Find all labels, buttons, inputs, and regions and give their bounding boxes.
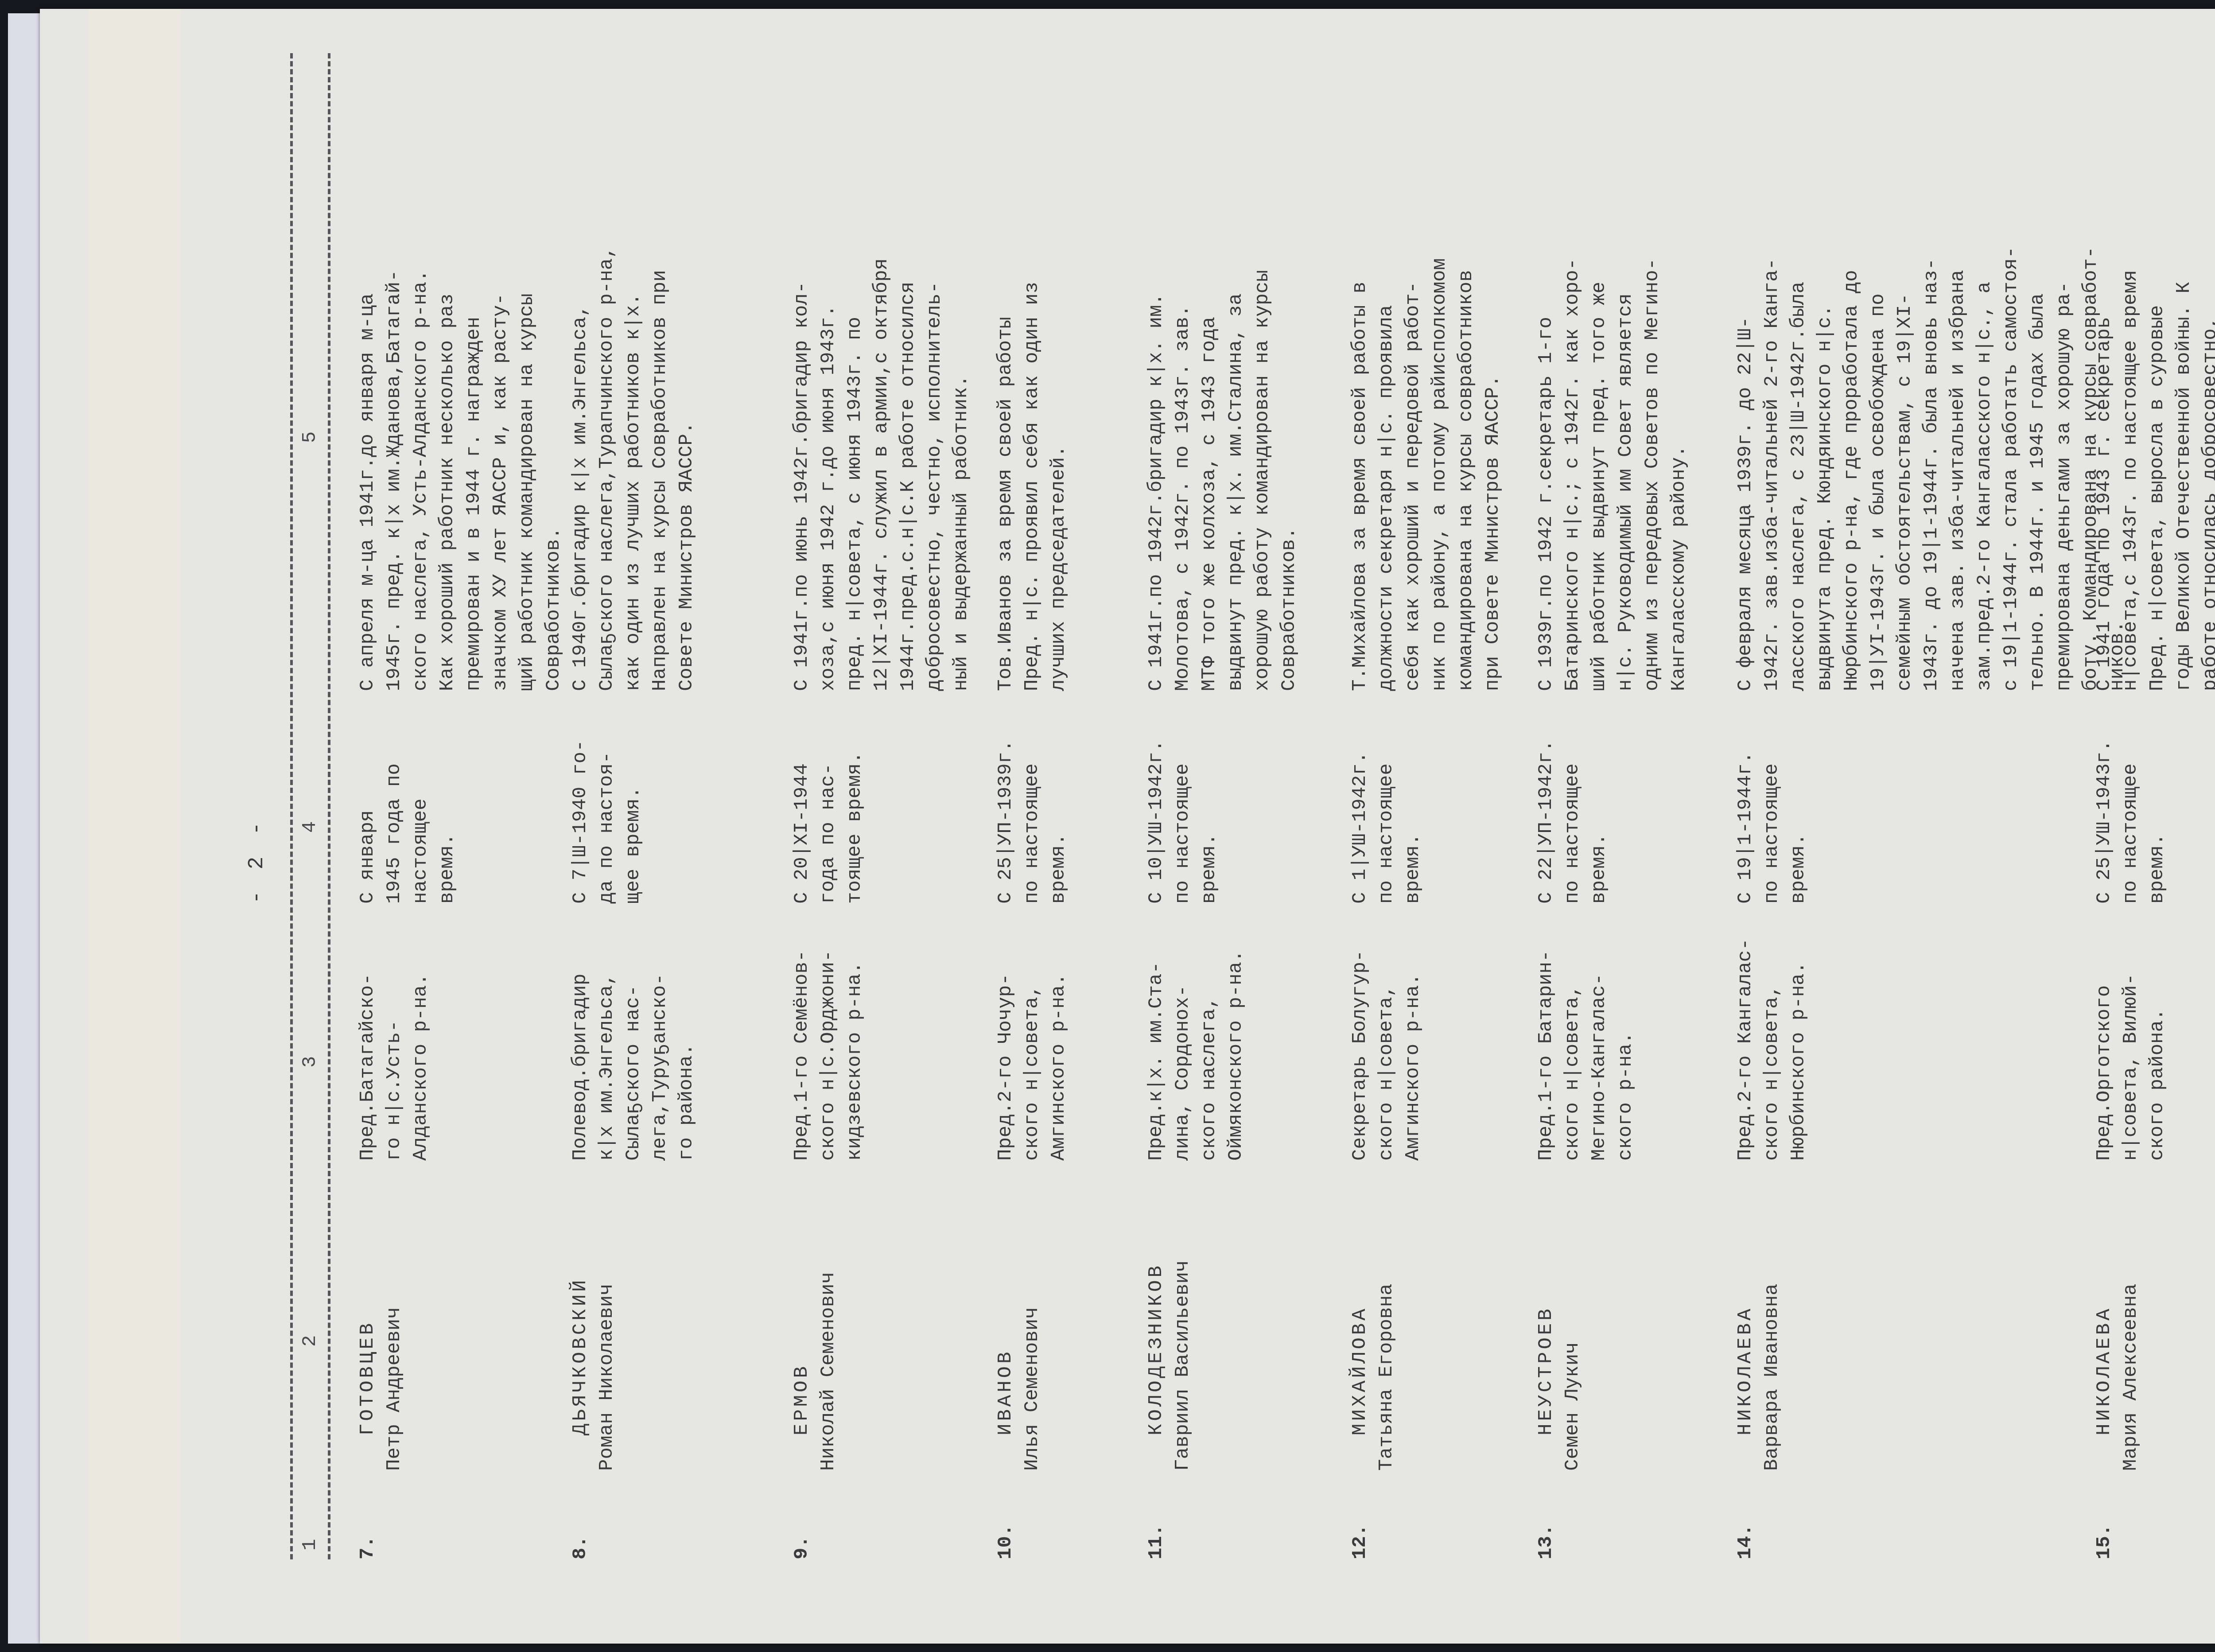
column-header-3: 3 (297, 1056, 323, 1068)
position: Пред.к|х. им.Ста- лина, Сордонох- ского … (1143, 913, 1249, 1161)
row-number: 11. (1143, 1506, 1170, 1559)
person-name: ЕРМОВНиколай Семенович (789, 1196, 842, 1471)
column-header-5: 5 (297, 431, 323, 443)
characterization: С 1939г.по 1942 г.секретарь 1-го Батарин… (1533, 53, 1692, 691)
position: Секретарь Болугур- ского н|совета, Амгин… (1347, 913, 1426, 1161)
row-number: 10. (992, 1506, 1019, 1559)
appointment-date: С 25|УП-1939г. по настоящее время. (992, 709, 1072, 904)
given-names: Мария Алексеевна (2120, 1284, 2142, 1471)
surname: НИКОЛАЕВА (1732, 1196, 1759, 1471)
position: Пред.1-го Батарин- ского н|совета, Мегин… (1533, 913, 1639, 1161)
person-name: НЕУСТРОЕВСемен Лукич (1533, 1196, 1586, 1471)
characterization: С 1941г.по июнь 1942г.бригадир кол- хоза… (789, 53, 975, 691)
characterization: С 1940г.бригадир к|х им.Энгельса, Сылаҕс… (567, 53, 700, 691)
surname: КОЛОДЕЗНИКОВ (1143, 1196, 1170, 1471)
person-name: ДЬЯЧКОВСКИЙРоман Николаевич (567, 1196, 620, 1471)
header-rule-bottom (328, 53, 330, 1559)
characterization: Т.Михайлова за время своей работы в долж… (1347, 53, 1506, 691)
given-names: Петр Андреевич (383, 1307, 405, 1471)
given-names: Семен Лукич (1562, 1342, 1584, 1471)
row-number: 8. (567, 1506, 594, 1559)
position: Пред.1-го Семёнов- ского н|с.Орджони- ки… (789, 913, 868, 1161)
appointment-date: С 22|УП-1942г. по настоящее время. (1533, 709, 1613, 904)
row-number: 12. (1347, 1506, 1373, 1559)
appointment-date: С 7|Ш-1940 го- да по настоя- щее время. (567, 709, 647, 904)
surname: МИХАЙЛОВА (1347, 1196, 1373, 1471)
column-header-1: 1 (297, 1539, 323, 1551)
row-number: 14. (1732, 1506, 1759, 1559)
appointment-date: С 19|1-1944г. по настоящее время. (1732, 709, 1812, 904)
appointment-date: С 25|УШ-1943г. по настоящее время. (2091, 709, 2171, 904)
given-names: Илья Семенович (1021, 1307, 1043, 1471)
person-name: НИКОЛАЕВАВарвара Ивановна (1732, 1196, 1785, 1471)
column-header-4: 4 (297, 821, 323, 833)
given-names: Гавриил Васильевич (1172, 1260, 1194, 1471)
position: Пред.2-го Чочур- ского н|совета, Амгинск… (992, 913, 1072, 1161)
person-name: НИКОЛАЕВАМария Алексеевна (2091, 1196, 2144, 1471)
rotated-page: - 2 - 1 2 3 4 5 7.ГОТОВЦЕВПетр Андреевич… (208, 53, 2215, 1577)
characterization: С 1941 года по 1943 г. секретарь н|совет… (2091, 53, 2215, 691)
characterization: С 1941г.по 1942г.бригадир к|х. им. Молот… (1143, 53, 1302, 691)
row-number: 7. (354, 1506, 381, 1559)
person-name: МИХАЙЛОВАТатьяна Егоровна (1347, 1196, 1400, 1471)
row-number: 15. (2091, 1506, 2118, 1559)
page-label: - 2 - (244, 818, 270, 904)
sheet-binding-margin (89, 9, 182, 1644)
position: Пред.2-го Кангалас- ского н|совета, Нюрб… (1732, 913, 1812, 1161)
position: Полевод.бригадир к|х им.Энгельса, Сылаҕс… (567, 913, 700, 1161)
person-name: КОЛОДЕЗНИКОВГавриил Васильевич (1143, 1196, 1196, 1471)
characterization: С апреля м-ца 1941г.до января м-ца 1945г… (354, 53, 567, 691)
given-names: Варвара Ивановна (1761, 1284, 1783, 1471)
surname: ЕРМОВ (789, 1196, 815, 1471)
person-name: ГОТОВЦЕВПетр Андреевич (354, 1196, 408, 1471)
characterization: Тов.Иванов за время своей работы Пред. н… (992, 53, 1072, 691)
appointment-date: С 10|УШ-1942г. по настоящее время. (1143, 709, 1223, 904)
surname: НЕУСТРОЕВ (1533, 1196, 1559, 1471)
header-rule-top (290, 53, 293, 1559)
given-names: Николай Семенович (817, 1272, 839, 1471)
given-names: Роман Николаевич (596, 1284, 618, 1471)
characterization: С февраля месяца 1939г. до 22|Ш- 1942г. … (1732, 53, 2131, 691)
surname: ДЬЯЧКОВСКИЙ (567, 1196, 594, 1471)
surname: ГОТОВЦЕВ (354, 1196, 381, 1471)
surname: ИВАНОВ (992, 1196, 1019, 1471)
appointment-date: С 20|ХI-1944 года по нас- тоящее время. (789, 709, 868, 904)
column-header-2: 2 (297, 1335, 323, 1347)
position: Пред.Орготского н|совета, Вилюй- ского р… (2091, 913, 2171, 1161)
person-name: ИВАНОВИлья Семенович (992, 1196, 1045, 1471)
row-number: 13. (1533, 1506, 1559, 1559)
appointment-date: С января 1945 года по настоящее время. (354, 709, 461, 904)
row-number: 9. (789, 1506, 815, 1559)
given-names: Татьяна Егоровна (1376, 1284, 1398, 1471)
appointment-date: С 1|УШ-1942г. по настоящее время. (1347, 709, 1426, 904)
position: Пред.Батагайско- го н|с.Усть- Алданского… (354, 913, 434, 1161)
surname: НИКОЛАЕВА (2091, 1196, 2118, 1471)
